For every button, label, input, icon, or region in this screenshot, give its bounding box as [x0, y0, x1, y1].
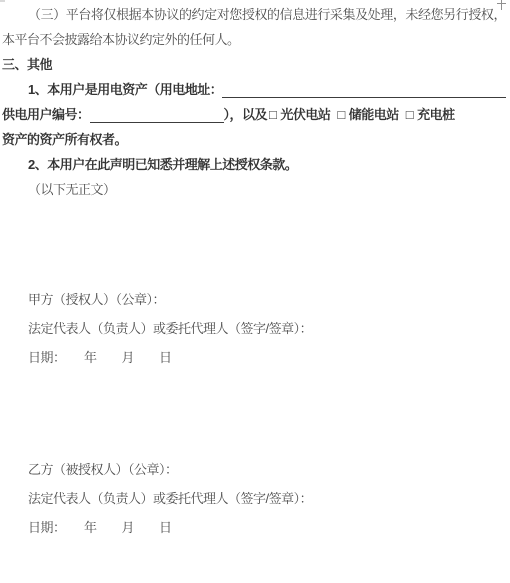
no-body-note: （以下无正文）	[2, 177, 506, 202]
checkbox-label-storage: 储能电站	[349, 107, 399, 122]
item2-declaration-line: 2、本用户在此声明已知悉并理解上述授权条款。	[2, 152, 506, 177]
checkbox-label-charging: 充电桩	[417, 107, 455, 122]
page-edge-artifact	[0, 0, 5, 2]
party-a-date-line: 日期： 年 月 日	[28, 343, 506, 372]
party-a-representative-line: 法定代表人（负责人）或委托代理人（签字/签章）：	[28, 314, 506, 343]
electricity-address-blank	[222, 77, 506, 98]
party-b-representative-line: 法定代表人（负责人）或委托代理人（签字/签章）：	[28, 484, 506, 513]
supply-user-number-blank	[90, 102, 224, 123]
agreement-document-page: （三）平台将仅根据本协议的约定对您授权的信息进行采集及处理，未经您另行授权，本平…	[0, 0, 510, 583]
checkbox-option-charging-pile: □充电桩	[406, 102, 455, 127]
party-a-signature-block: 甲方（授权人）（公章）： 法定代表人（负责人）或委托代理人（签字/签章）： 日期…	[2, 285, 506, 372]
checkbox-option-pv-station: □光伏电站	[269, 102, 330, 127]
party-b-date-line: 日期： 年 月 日	[28, 513, 506, 542]
party-b-title: 乙方（被授权人）（公章）：	[28, 455, 506, 484]
supply-number-label: 供电用户编号：	[2, 102, 90, 127]
item1-line-supply-number: 供电用户编号： ），以及 □光伏电站 □储能电站 □充电桩	[2, 102, 506, 127]
checkbox-icon: □	[406, 107, 413, 122]
section-heading-others: 三、其他	[2, 52, 506, 77]
crosshair-handle-icon	[497, 0, 506, 10]
item1-line-address: 1、本用户是用电资产（用电地址：	[2, 77, 506, 102]
clause3-paragraph: （三）平台将仅根据本协议的约定对您授权的信息进行采集及处理，未经您另行授权，本平…	[2, 2, 506, 52]
after-blank-text: ），以及	[224, 102, 268, 127]
party-a-title: 甲方（授权人）（公章）：	[28, 285, 506, 314]
checkbox-label-pv: 光伏电站	[280, 107, 330, 122]
item1-closing-line: 资产的资产所有权者。	[2, 127, 506, 152]
party-b-signature-block: 乙方（被授权人）（公章）： 法定代表人（负责人）或委托代理人（签字/签章）： 日…	[2, 455, 506, 542]
checkbox-option-storage-station: □储能电站	[337, 102, 398, 127]
item1-lead-text: 1、本用户是用电资产（用电地址：	[28, 77, 222, 102]
checkbox-icon: □	[269, 107, 276, 122]
checkbox-icon: □	[337, 107, 344, 122]
